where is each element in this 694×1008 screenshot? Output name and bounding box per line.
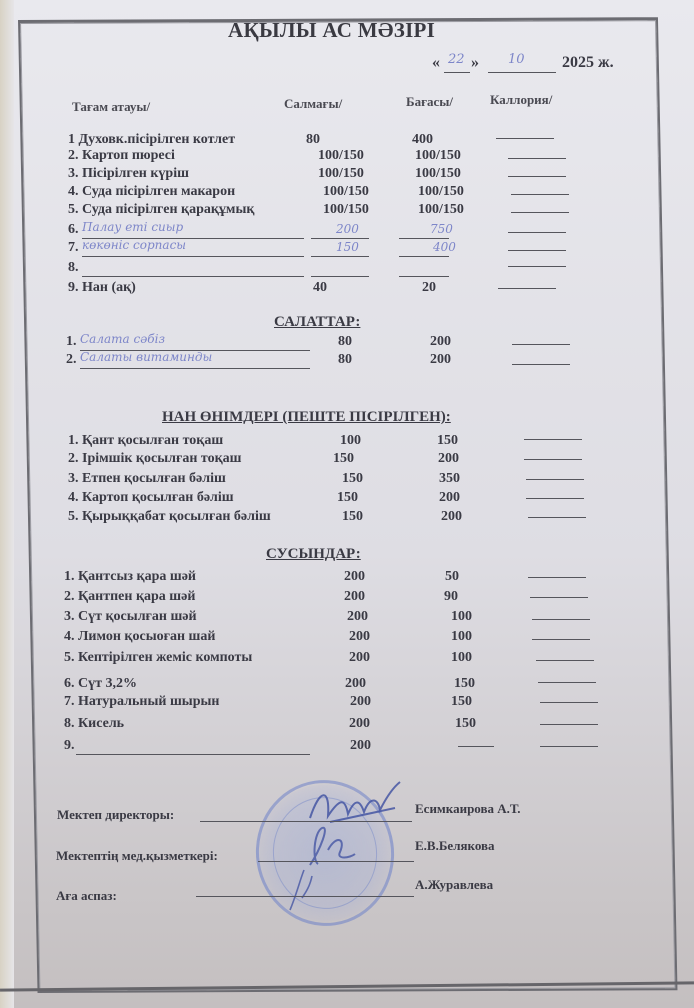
dish-weight: 200 bbox=[349, 650, 370, 666]
dish-weight: 100 bbox=[340, 433, 361, 449]
dish-number: 7. bbox=[68, 240, 79, 256]
dish-weight-line bbox=[311, 238, 369, 239]
dish-name: 1. Қант қосылған тоқаш bbox=[68, 433, 223, 449]
dish-price: 100/150 bbox=[415, 166, 461, 182]
dish-weight: 40 bbox=[313, 280, 327, 296]
dish-calories-line bbox=[508, 232, 566, 233]
dish-calories-line bbox=[540, 746, 598, 747]
dish-weight: 200 bbox=[345, 676, 366, 692]
dish-price: 200 bbox=[430, 334, 451, 350]
dish-name: 4. Картоп қосылған бәліш bbox=[68, 490, 234, 506]
dish-weight-line bbox=[311, 276, 369, 277]
drink-9-name-line bbox=[76, 754, 310, 755]
bakery-heading: НАН ӨНІМДЕРІ (ПЕШТЕ ПІСІРІЛГЕН): bbox=[162, 409, 451, 426]
date-close-quote: » bbox=[471, 54, 479, 72]
dish-price: 100/150 bbox=[415, 148, 461, 164]
dish-name: 6. Сүт 3,2% bbox=[64, 676, 137, 692]
dish-price: 90 bbox=[444, 589, 458, 605]
medic-signature bbox=[300, 820, 360, 870]
date-day-line bbox=[444, 72, 470, 73]
dish-weight: 200 bbox=[347, 609, 368, 625]
dish-name-handwritten: Салаты витаминды bbox=[80, 350, 212, 364]
dish-weight: 150 bbox=[336, 240, 359, 254]
dish-calories-line bbox=[508, 266, 566, 267]
dish-price: 20 bbox=[422, 280, 436, 296]
drinks-heading: СУСЫНДАР: bbox=[266, 546, 361, 563]
dish-weight: 200 bbox=[350, 738, 371, 754]
dish-number: 8. bbox=[68, 260, 79, 276]
signature-role-medic: Мектептің мед.қызметкері: bbox=[56, 848, 218, 864]
dish-weight: 80 bbox=[338, 352, 352, 368]
dish-calories-line bbox=[496, 138, 554, 139]
dish-calories-line bbox=[526, 479, 584, 480]
dish-name: 5. Кептірілген жеміс компоты bbox=[64, 650, 252, 666]
dish-calories-line bbox=[511, 194, 569, 195]
date-open-quote: « bbox=[432, 54, 440, 72]
dish-weight: 150 bbox=[337, 490, 358, 506]
dish-name: 4. Лимон қосыоған шай bbox=[64, 629, 215, 645]
dish-price: 350 bbox=[439, 471, 460, 487]
dish-name: 4. Суда пісірілген макарон bbox=[68, 184, 235, 200]
dish-weight: 150 bbox=[342, 509, 363, 525]
dish-calories-line bbox=[512, 344, 570, 345]
dish-calories-line bbox=[540, 702, 598, 703]
dish-name: 2. Ірімшік қосылған тоқаш bbox=[68, 451, 242, 467]
dish-name-handwritten: көкөніс сорпасы bbox=[82, 238, 186, 252]
dish-weight: 200 bbox=[350, 694, 371, 710]
dish-name: 3. Пісірілген күріш bbox=[68, 166, 189, 182]
column-header-name: Тағам атауы/ bbox=[72, 99, 150, 115]
column-header-calories: Каллория/ bbox=[490, 92, 552, 108]
dish-number: 2. bbox=[66, 352, 77, 368]
drink-9-price-line bbox=[458, 746, 494, 747]
dish-weight: 100/150 bbox=[323, 184, 369, 200]
dish-name: 9. bbox=[64, 738, 75, 754]
chef-signature bbox=[282, 868, 322, 913]
dish-price: 100/150 bbox=[418, 202, 464, 218]
date-month: 10 bbox=[508, 52, 525, 67]
dish-calories-line bbox=[528, 577, 586, 578]
dish-calories-line bbox=[532, 639, 590, 640]
dish-weight: 200 bbox=[344, 569, 365, 585]
dish-name: 7. Натуральный шырын bbox=[64, 694, 219, 710]
dish-weight: 200 bbox=[349, 716, 370, 732]
dish-price-line bbox=[399, 276, 449, 277]
dish-weight: 80 bbox=[338, 334, 352, 350]
dish-calories-line bbox=[508, 176, 566, 177]
dish-calories-line bbox=[498, 288, 556, 289]
dish-price-line bbox=[399, 256, 449, 257]
signature-line-director bbox=[200, 821, 412, 822]
dish-weight: 80 bbox=[306, 132, 320, 148]
dish-price: 150 bbox=[437, 433, 458, 449]
dish-weight: 100/150 bbox=[323, 202, 369, 218]
dish-price: 150 bbox=[454, 676, 475, 692]
dish-number: 1. bbox=[66, 334, 77, 350]
dish-name: 5. Суда пісірілген қарақұмық bbox=[68, 202, 254, 218]
dish-number: 6. bbox=[68, 222, 79, 238]
dish-name-handwritten: Салата сәбіз bbox=[80, 332, 165, 346]
salads-heading: САЛАТТАР: bbox=[274, 314, 360, 331]
signature-person-medic: Е.В.Белякова bbox=[415, 838, 495, 854]
dish-name: 3. Етпен қосылған бәліш bbox=[68, 471, 226, 487]
dish-calories-line bbox=[524, 439, 582, 440]
dish-weight: 200 bbox=[344, 589, 365, 605]
dish-calories-line bbox=[512, 364, 570, 365]
signature-role-director: Мектеп директоры: bbox=[57, 807, 174, 823]
dish-price: 750 bbox=[430, 222, 453, 236]
dish-name: 1. Қантсыз қара шәй bbox=[64, 569, 196, 585]
dish-calories-line bbox=[536, 660, 594, 661]
signature-person-chef: А.Журавлева bbox=[415, 877, 493, 893]
dish-weight: 200 bbox=[336, 222, 359, 236]
dish-calories-line bbox=[526, 498, 584, 499]
dish-price: 400 bbox=[412, 132, 433, 148]
dish-price: 100/150 bbox=[418, 184, 464, 200]
signature-line-chef bbox=[196, 896, 414, 897]
document-title: АҚЫЛЫ АС МӘЗІРІ bbox=[228, 18, 435, 43]
dish-price: 50 bbox=[445, 569, 459, 585]
dish-calories-line bbox=[528, 517, 586, 518]
signature-role-chef: Аға аспаз: bbox=[56, 888, 117, 904]
dish-calories-line bbox=[532, 619, 590, 620]
dish-name-handwritten: Палау еті сиыр bbox=[82, 220, 183, 234]
dish-price: 400 bbox=[433, 240, 456, 254]
dish-calories-line bbox=[508, 250, 566, 251]
dish-name-line bbox=[82, 256, 304, 257]
dish-price: 100 bbox=[451, 629, 472, 645]
dish-calories-line bbox=[530, 597, 588, 598]
dish-name: 5. Қырыққабат қосылған бәліш bbox=[68, 509, 271, 525]
dish-weight: 150 bbox=[333, 451, 354, 467]
dish-weight: 100/150 bbox=[318, 148, 364, 164]
column-header-price: Бағасы/ bbox=[406, 94, 453, 110]
dish-calories-line bbox=[508, 158, 566, 159]
date-year: 2025 ж. bbox=[562, 54, 614, 72]
date-month-line bbox=[488, 72, 556, 73]
column-header-weight: Салмағы/ bbox=[284, 96, 342, 112]
dish-calories-line bbox=[540, 724, 598, 725]
dish-name: 3. Сүт қосылған шәй bbox=[64, 609, 197, 625]
dish-price-line bbox=[399, 238, 449, 239]
dish-calories-line bbox=[524, 459, 582, 460]
dish-weight: 150 bbox=[342, 471, 363, 487]
dish-calories-line bbox=[538, 682, 596, 683]
signature-person-director: Есимкаирова А.Т. bbox=[415, 801, 521, 817]
dish-price: 200 bbox=[430, 352, 451, 368]
dish-price: 100 bbox=[451, 650, 472, 666]
dish-name: 2. Қантпен қара шәй bbox=[64, 589, 195, 605]
paper-edge bbox=[0, 0, 14, 1008]
dish-name: 2. Картоп пюресі bbox=[68, 148, 175, 164]
dish-name-line bbox=[82, 276, 304, 277]
dish-price: 150 bbox=[455, 716, 476, 732]
dish-calories-line bbox=[511, 212, 569, 213]
dish-weight: 200 bbox=[349, 629, 370, 645]
dish-price: 100 bbox=[451, 609, 472, 625]
dish-name: 1 Духовк.пісірілген котлет bbox=[68, 132, 235, 148]
dish-weight: 100/150 bbox=[318, 166, 364, 182]
dish-price: 200 bbox=[441, 509, 462, 525]
dish-price: 150 bbox=[451, 694, 472, 710]
date-day: 22 bbox=[448, 52, 465, 67]
dish-name: 8. Кисель bbox=[64, 716, 124, 732]
dish-weight-line bbox=[311, 256, 369, 257]
signature-line-medic bbox=[258, 861, 414, 862]
dish-price: 200 bbox=[439, 490, 460, 506]
dish-price: 200 bbox=[438, 451, 459, 467]
dish-name: 9. Нан (ақ) bbox=[68, 280, 136, 296]
dish-name-line bbox=[80, 368, 310, 369]
